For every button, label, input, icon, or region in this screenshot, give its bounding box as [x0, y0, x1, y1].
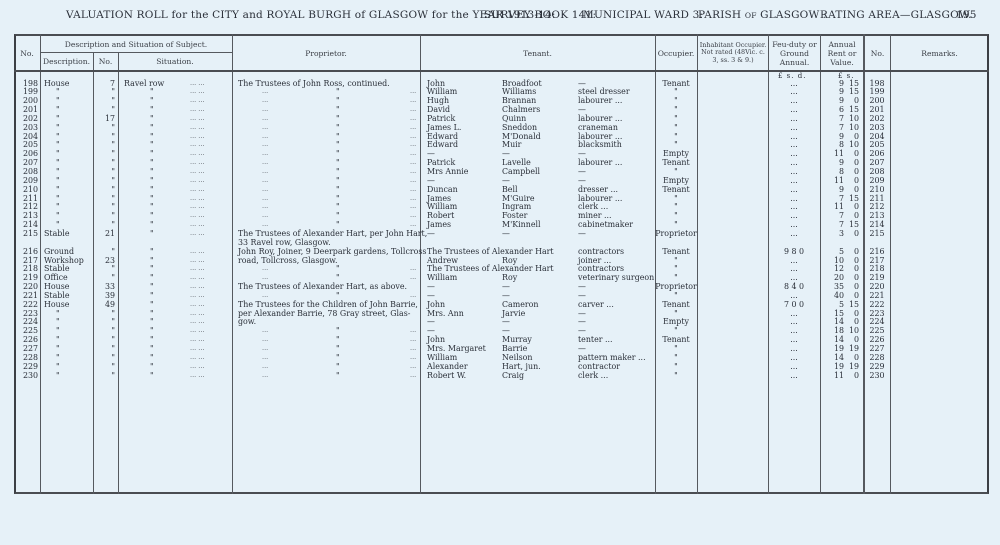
situation: "	[150, 167, 154, 176]
value-shillings: 0	[845, 211, 859, 220]
situation: "	[150, 300, 154, 309]
row-number-right: 206	[864, 149, 890, 158]
table-row: 225 " " " ... ... " ... — — — " ... 18 1…	[0, 326, 1000, 335]
subject-number: "	[93, 335, 115, 344]
row-number: 226	[16, 335, 38, 344]
occupier-status: Tenant	[655, 185, 697, 194]
tenant-occupation: —	[578, 167, 586, 176]
occupier-status: Tenant	[655, 247, 697, 256]
subject-number: 21	[93, 229, 115, 238]
description: "	[56, 158, 60, 167]
proprietor-dots: ...	[410, 132, 416, 141]
tenant-last-name: Roy	[502, 273, 517, 282]
tenant-first-name: Mrs Annie	[427, 167, 468, 176]
situation-dots: ... ...	[190, 291, 204, 300]
feu-duty: ...	[768, 114, 820, 123]
situation-dots: ... ...	[190, 282, 204, 291]
value-shillings: 0	[845, 149, 859, 158]
situation-dots: ... ...	[190, 362, 204, 371]
tenant-occupation: veterinary surgeon	[578, 273, 654, 282]
proprietor-dots: ...	[410, 114, 416, 123]
situation-dots: ... ...	[190, 256, 204, 265]
table-row: 223 " " " ... ... per Alexander Barrie, …	[0, 309, 1000, 318]
situation-dots: ... ...	[190, 123, 204, 132]
row-number-right: 220	[864, 282, 890, 291]
tenant-occupation: clerk ...	[578, 371, 608, 380]
parish-of: OF	[745, 11, 757, 20]
value-shillings: 0	[845, 229, 859, 238]
value-pounds: 7	[822, 220, 844, 229]
subject-number: "	[93, 158, 115, 167]
subject-number: "	[93, 176, 115, 185]
value-pounds: 9	[822, 185, 844, 194]
table-row: 207 " " " ... ... " ... Patrick Lavelle …	[0, 158, 1000, 167]
description: "	[56, 335, 60, 344]
tenant-occupation: labourer ...	[578, 96, 622, 105]
row-number-right: 223	[864, 309, 890, 318]
proprietor: "	[336, 185, 340, 194]
proprietor-dots: ...	[262, 291, 268, 300]
subject-number: "	[93, 326, 115, 335]
value-shillings: 10	[845, 326, 859, 335]
feu-duty: ...	[768, 273, 820, 282]
description: "	[56, 309, 60, 318]
value-shillings: 0	[845, 247, 859, 256]
value-pounds: 11	[822, 202, 844, 211]
table-row: 200 " " " ... ... " ... Hugh Brannan lab…	[0, 96, 1000, 105]
row-number-right: 229	[864, 362, 890, 371]
row-number-right: 217	[864, 256, 890, 265]
feu-duty: 9 8 0	[768, 247, 820, 256]
header-annual-value: Annual Rent or Value.	[821, 36, 863, 70]
table-row: 208 " " " ... ... " ... Mrs Annie Campbe…	[0, 167, 1000, 176]
row-number-right: 208	[864, 167, 890, 176]
feu-duty: ...	[768, 132, 820, 141]
row-number: 209	[16, 176, 38, 185]
proprietor-dots: ...	[262, 132, 268, 141]
table-row: 216 Ground " " ... ... John Roy, Joiner,…	[0, 247, 1000, 256]
situation: "	[150, 176, 154, 185]
proprietor-dots: ...	[262, 185, 268, 194]
header-tenant: Tenant.	[420, 36, 655, 70]
tenant-first-name: —	[427, 282, 435, 291]
value-shillings: 0	[845, 309, 859, 318]
feu-duty: 7 0 0	[768, 300, 820, 309]
proprietor-dots: ...	[410, 273, 416, 282]
tenant-occupation: labourer ...	[578, 132, 622, 141]
feu-duty: ...	[768, 185, 820, 194]
proprietor: The Trustees of John Ross, continued.	[238, 79, 390, 88]
tenant-first-name: William	[427, 353, 457, 362]
tenant-occupation: —	[578, 309, 586, 318]
tenant-first-name: William	[427, 202, 457, 211]
tenant-last-name: M'Donald	[502, 132, 541, 141]
tenant-first-name: —	[427, 291, 435, 300]
feu-duty: ...	[768, 353, 820, 362]
proprietor: "	[336, 140, 340, 149]
occupier-status: "	[655, 202, 697, 211]
page-number: 195	[956, 9, 977, 21]
value-pounds: 9	[822, 96, 844, 105]
feu-duty: ...	[768, 167, 820, 176]
value-pounds: 18	[822, 326, 844, 335]
situation: "	[150, 326, 154, 335]
proprietor-dots: ...	[262, 202, 268, 211]
proprietor-dots: ...	[262, 220, 268, 229]
occupier-status: Empty	[655, 149, 697, 158]
table-row: 215 Stable 21 " ... ... The Trustees of …	[0, 229, 1000, 238]
tenant-occupation: —	[578, 149, 586, 158]
value-shillings: 10	[845, 114, 859, 123]
tenant-last-name: Foster	[502, 211, 527, 220]
table-row: 203 " " " ... ... " ... James L. Sneddon…	[0, 123, 1000, 132]
value-shillings: 0	[845, 176, 859, 185]
row-number: 227	[16, 344, 38, 353]
situation: "	[150, 185, 154, 194]
situation-dots: ... ...	[190, 309, 204, 318]
row-number: 215	[16, 229, 38, 238]
feu-duty: ...	[768, 291, 820, 300]
tenant-occupation: craneman	[578, 123, 618, 132]
situation-dots: ... ...	[190, 79, 204, 88]
proprietor-dots: ...	[410, 167, 416, 176]
situation: "	[150, 140, 154, 149]
proprietor-dots: ...	[262, 96, 268, 105]
subject-number: 33	[93, 282, 115, 291]
situation-dots: ... ...	[190, 149, 204, 158]
feu-duty: ...	[768, 176, 820, 185]
description: "	[56, 105, 60, 114]
row-number: 208	[16, 167, 38, 176]
value-pounds: 11	[822, 176, 844, 185]
value-shillings: 0	[845, 282, 859, 291]
proprietor: "	[336, 291, 340, 300]
description: "	[56, 362, 60, 371]
row-number: 207	[16, 158, 38, 167]
tenant-first-name: Robert W.	[427, 371, 466, 380]
tenant-last-name: Ingram	[502, 202, 531, 211]
value-pounds: 7	[822, 123, 844, 132]
row-number-right: 214	[864, 220, 890, 229]
feu-duty: ...	[768, 317, 820, 326]
subject-number: "	[93, 317, 115, 326]
feu-duty: ...	[768, 149, 820, 158]
situation-dots: ... ...	[190, 158, 204, 167]
value-shillings: 15	[845, 220, 859, 229]
situation: "	[150, 335, 154, 344]
situation: "	[150, 273, 154, 282]
situation: "	[150, 123, 154, 132]
occupier-status: "	[655, 105, 697, 114]
row-number: 217	[16, 256, 38, 265]
proprietor: "	[336, 149, 340, 158]
municipal-ward: MUNICIPAL WARD 3:	[583, 9, 703, 21]
tenant-first-name: —	[427, 149, 435, 158]
proprietor-dots: ...	[262, 326, 268, 335]
feu-duty: ...	[768, 140, 820, 149]
situation-dots: ... ...	[190, 344, 204, 353]
tenant-last-name: —	[502, 317, 510, 326]
tenant-first-name: Andrew	[427, 256, 458, 265]
feu-duty: ...	[768, 220, 820, 229]
description: Stable	[44, 229, 70, 238]
proprietor: "	[336, 273, 340, 282]
table-row: 230 " " " ... ... " ... Robert W. Craig …	[0, 371, 1000, 380]
value-shillings: 0	[845, 273, 859, 282]
occupier-status: "	[655, 326, 697, 335]
row-number: 210	[16, 185, 38, 194]
row-number-right: 224	[864, 317, 890, 326]
value-shillings: 0	[845, 167, 859, 176]
situation-dots: ... ...	[190, 185, 204, 194]
tenant-last-name: Murray	[502, 335, 532, 344]
occupier-status: "	[655, 291, 697, 300]
value-shillings: 0	[845, 185, 859, 194]
row-number-right: 213	[864, 211, 890, 220]
description: "	[56, 353, 60, 362]
situation: "	[150, 211, 154, 220]
proprietor: "	[336, 211, 340, 220]
value-pounds: 12	[822, 264, 844, 273]
value-pounds: 7	[822, 211, 844, 220]
tenant-first-name: Patrick	[427, 158, 455, 167]
row-number: 202	[16, 114, 38, 123]
tenant-occupation: —	[578, 176, 586, 185]
occupier-status: "	[655, 344, 697, 353]
tenant-first-name: James L.	[427, 123, 461, 132]
subject-number: "	[93, 220, 115, 229]
tenant-last-name: Williams	[502, 87, 536, 96]
subject-number: "	[93, 185, 115, 194]
occupier-status: "	[655, 87, 697, 96]
occupier-status: "	[655, 362, 697, 371]
feu-duty: ...	[768, 309, 820, 318]
tenant-first-name: Hugh	[427, 96, 449, 105]
situation: "	[150, 220, 154, 229]
table-row: 199 " " " ... ... " ... William Williams…	[0, 87, 1000, 96]
situation-dots: ... ...	[190, 87, 204, 96]
proprietor: "	[336, 87, 340, 96]
occupier-status: Empty	[655, 176, 697, 185]
tenant-last-name: Neilson	[502, 353, 533, 362]
feu-duty: ...	[768, 123, 820, 132]
table-row: 198 House 7 Ravel row ... ... The Truste…	[0, 79, 1000, 88]
row-number-right: 226	[864, 335, 890, 344]
row-number: 221	[16, 291, 38, 300]
tenant-occupation: steel dresser	[578, 87, 630, 96]
tenant-first-name: —	[427, 317, 435, 326]
proprietor-dots: ...	[262, 344, 268, 353]
table-row: 33 Ravel row, Glasgow.	[0, 238, 1000, 247]
header-subject-no: No.	[93, 53, 118, 70]
occupier-status: Empty	[655, 317, 697, 326]
tenant-last-name: Chalmers	[502, 105, 540, 114]
title-text: VALUATION ROLL for the CITY and ROYAL BU…	[66, 9, 556, 21]
description: "	[56, 176, 60, 185]
occupier-status: "	[655, 114, 697, 123]
subject-number: "	[93, 87, 115, 96]
tenant-first-name: —	[427, 229, 435, 238]
subject-number: "	[93, 123, 115, 132]
situation-dots: ... ...	[190, 202, 204, 211]
table-row: 210 " " " ... ... " ... Duncan Bell dres…	[0, 185, 1000, 194]
situation-dots: ... ...	[190, 167, 204, 176]
value-shillings: 0	[845, 132, 859, 141]
tenant-occupation: joiner ...	[578, 256, 611, 265]
survey-book: SURVEY BOOK 141:	[484, 9, 596, 21]
table-row: 219 Office " " ... ... " ... William Roy…	[0, 273, 1000, 282]
description: "	[56, 326, 60, 335]
description: "	[56, 149, 60, 158]
tenant-last-name: Craig	[502, 371, 524, 380]
header-no: No.	[14, 36, 40, 70]
situation-dots: ... ...	[190, 326, 204, 335]
proprietor-dots: ...	[410, 176, 416, 185]
subject-number: "	[93, 309, 115, 318]
description: Ground	[44, 247, 74, 256]
tenant-last-name: —	[502, 229, 510, 238]
tenant-last-name: Muir	[502, 140, 521, 149]
row-number-right: 230	[864, 371, 890, 380]
proprietor-dots: ...	[410, 291, 416, 300]
feu-duty: ...	[768, 194, 820, 203]
subject-number: "	[93, 105, 115, 114]
tenant-last-name: —	[502, 149, 510, 158]
occupier-status: "	[655, 211, 697, 220]
value-pounds: 19	[822, 344, 844, 353]
tenant-first-name: William	[427, 273, 457, 282]
subject-number: "	[93, 211, 115, 220]
situation: "	[150, 96, 154, 105]
situation-dots: ... ...	[190, 264, 204, 273]
subject-number: "	[93, 371, 115, 380]
proprietor-dots: ...	[262, 273, 268, 282]
value-pounds: 9	[822, 132, 844, 141]
proprietor-dots: ...	[410, 211, 416, 220]
situation-dots: ... ...	[190, 247, 204, 256]
tenant-last-name: Brannan	[502, 96, 536, 105]
value-pounds: 35	[822, 282, 844, 291]
occupier-status: Tenant	[655, 158, 697, 167]
page-title: VALUATION ROLL for the CITY and ROYAL BU…	[0, 9, 1000, 23]
subject-number: 49	[93, 300, 115, 309]
row-number: 220	[16, 282, 38, 291]
table-row: 217 Workshop 23 " ... ... road, Tollcros…	[0, 256, 1000, 265]
occupier-status: "	[655, 220, 697, 229]
header-remarks: Remarks.	[890, 36, 989, 70]
tenant-occupation: clerk ...	[578, 202, 608, 211]
situation-dots: ... ...	[190, 96, 204, 105]
proprietor: "	[336, 202, 340, 211]
proprietor-dots: ...	[410, 185, 416, 194]
value-shillings: 0	[845, 335, 859, 344]
value-pounds: 11	[822, 371, 844, 380]
tenant-last-name: Barrie	[502, 344, 527, 353]
row-number: 211	[16, 194, 38, 203]
value-shillings: 0	[845, 96, 859, 105]
value-shillings: 0	[845, 291, 859, 300]
situation: "	[150, 353, 154, 362]
proprietor-dots: ...	[410, 264, 416, 273]
situation: Ravel row	[124, 79, 164, 88]
row-number-right: 202	[864, 114, 890, 123]
situation: "	[150, 229, 154, 238]
value-shillings: 15	[845, 79, 859, 88]
value-pounds: 9	[822, 158, 844, 167]
tenant-last-name: Broadfoot	[502, 79, 542, 88]
tenant-first-name: David	[427, 105, 450, 114]
tenant-last-name: Sneddon	[502, 123, 537, 132]
tenant-occupation: blacksmith	[578, 140, 622, 149]
proprietor: "	[336, 158, 340, 167]
proprietor: "	[336, 220, 340, 229]
tenant-occupation: —	[578, 282, 586, 291]
value-shillings: 0	[845, 353, 859, 362]
situation: "	[150, 264, 154, 273]
subject-number: 17	[93, 114, 115, 123]
row-number-right: 225	[864, 326, 890, 335]
tenant-last-name: M'Kinnell	[502, 220, 541, 229]
tenant-first-name: Patrick	[427, 114, 455, 123]
proprietor-dots: ...	[410, 105, 416, 114]
value-shillings: 0	[845, 202, 859, 211]
subject-number: "	[93, 344, 115, 353]
situation: "	[150, 132, 154, 141]
subject-number: "	[93, 264, 115, 273]
value-pounds: 7	[822, 114, 844, 123]
proprietor-dots: ...	[410, 140, 416, 149]
proprietor-dots: ...	[262, 167, 268, 176]
situation-dots: ... ...	[190, 317, 204, 326]
value-shillings: 19	[845, 344, 859, 353]
row-number: 223	[16, 309, 38, 318]
subject-number: 23	[93, 256, 115, 265]
description: "	[56, 344, 60, 353]
value-shillings: 0	[845, 371, 859, 380]
proprietor: gow.	[238, 317, 256, 326]
table-row: 222 House 49 " ... ... The Trustees for …	[0, 300, 1000, 309]
description: "	[56, 202, 60, 211]
row-number: 199	[16, 87, 38, 96]
value-shillings: 15	[845, 105, 859, 114]
proprietor: "	[336, 194, 340, 203]
row-number: 218	[16, 264, 38, 273]
row-number: 212	[16, 202, 38, 211]
value-shillings: 0	[845, 158, 859, 167]
value-shillings: 15	[845, 300, 859, 309]
proprietor: road, Tollcross, Glasgow.	[238, 256, 338, 265]
situation: "	[150, 291, 154, 300]
tenant-occupation: —	[578, 317, 586, 326]
row-number: 203	[16, 123, 38, 132]
value-shillings: 0	[845, 256, 859, 265]
situation-dots: ... ...	[190, 132, 204, 141]
value-pounds: 3	[822, 229, 844, 238]
proprietor-dots: ...	[410, 194, 416, 203]
subject-number: "	[93, 353, 115, 362]
proprietor-dots: ...	[410, 158, 416, 167]
occupier-status: "	[655, 132, 697, 141]
header-situation: Situation.	[118, 53, 232, 70]
feu-duty: ...	[768, 105, 820, 114]
description: "	[56, 114, 60, 123]
tenant-occupation: —	[578, 105, 586, 114]
feu-duty: ...	[768, 264, 820, 273]
proprietor-dots: ...	[410, 123, 416, 132]
row-number: 230	[16, 371, 38, 380]
situation: "	[150, 247, 154, 256]
row-number: 204	[16, 132, 38, 141]
